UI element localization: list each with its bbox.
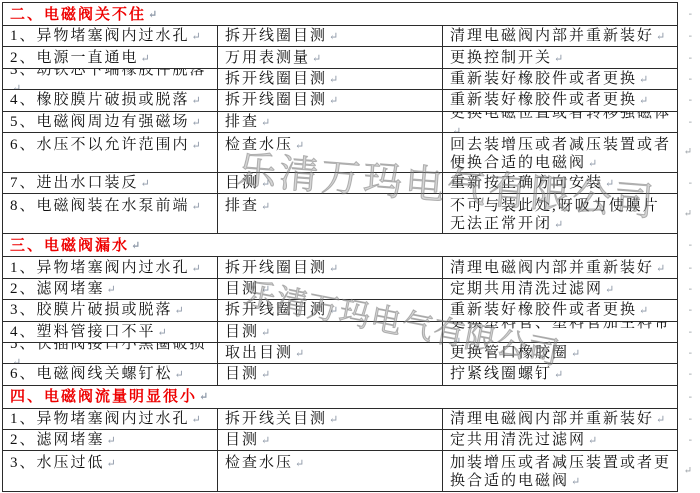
row-end-mark-icon: -	[689, 73, 692, 84]
table-row: 5、快插阀接口小黑圈破损↵取出目测↵更换管口橡胶圈↵-	[3, 343, 677, 364]
paragraph-mark-icon: ↵	[452, 336, 461, 342]
problem-cell: 3、动铁芯下端橡胶件脱落↵	[3, 69, 218, 89]
method-cell-text: 拆开线圈目测	[225, 28, 327, 44]
method-cell-text: 检查水压	[225, 137, 293, 153]
problem-cell-text-wrap: 3、水压过低↵	[10, 454, 116, 473]
row-end-mark-icon: -	[689, 369, 692, 380]
solution-cell-text-wrap: 更换塑料管、塑料管加生料带↵	[450, 322, 673, 342]
row-end-mark-icon: -	[689, 52, 692, 63]
paragraph-mark-icon: ↵	[107, 435, 116, 447]
method-cell: 拆开线圈目测↵	[218, 90, 443, 110]
problem-cell-text: 5、快插阀接口小黑圈破损	[10, 343, 207, 352]
paragraph-mark-icon: ↵	[295, 140, 304, 152]
problem-cell-text: 5、电磁阀周边有强磁场	[10, 114, 190, 130]
paragraph-mark-icon: ↵	[12, 83, 21, 89]
row-end-mark-icon: -	[689, 435, 692, 446]
row-end-mark-icon: -	[689, 116, 692, 127]
problem-cell-text-wrap: 3、动铁芯下端橡胶件脱落↵	[10, 69, 213, 89]
problem-cell: 3、胶膜片破损或脱落↵	[3, 300, 218, 320]
solution-cell-text: 拧紧线圈螺钉	[450, 366, 552, 382]
section-title: 二、电磁阀关不住	[10, 6, 146, 24]
method-cell-text: 拆开线圈目测	[225, 92, 327, 108]
table-row: 7、进出水口装反↵目测↵重新按正确方向安装↵-	[3, 173, 677, 194]
solution-cell: 不可与装此处,呀吸力使膜片无法正常开闭↵	[443, 194, 677, 233]
method-cell: 检查水压↵	[218, 451, 443, 491]
paragraph-mark-icon: ↵	[639, 74, 648, 86]
problem-cell: 2、滤网堵塞↵	[3, 430, 218, 450]
paragraph-mark-icon: ↵	[261, 369, 270, 381]
method-cell: 排查↵	[218, 194, 443, 233]
paragraph-mark-icon: ↵	[261, 435, 270, 447]
solution-cell-text-wrap: 拧紧线圈螺钉↵	[450, 365, 563, 384]
table-row: 2、滤网堵塞↵目测↵定共用清洗过滤网↵-	[3, 430, 677, 451]
solution-cell: 回去装增压或者减压装置或者便换合适的电磁阀↵	[443, 133, 677, 172]
document-page: 二、电磁阀关不住↵-1、异物堵塞阀内过水孔↵拆开线圈目测↵清理电磁阀内部并重新装…	[0, 0, 700, 493]
solution-cell-text-wrap: 更换电磁位置或者转移强磁体↵	[450, 112, 673, 132]
problem-cell-text: 8、电磁阀装在水泵前端	[10, 198, 190, 214]
paragraph-mark-icon: ↵	[554, 219, 563, 231]
section-header-row: 三、电磁阀漏水↵-	[3, 234, 677, 257]
problem-cell: 2、滤网堵塞↵	[3, 279, 218, 299]
table-row: 6、水压不以允许范围内↵检查水压↵回去装增压或者减压装置或者便换合适的电磁阀↵↵	[3, 133, 677, 173]
paragraph-mark-icon: ↵	[107, 284, 116, 296]
solution-cell-text-wrap: 定期共用清洗过滤网↵	[450, 280, 614, 299]
problem-cell: 1、异物堵塞阀内过水孔↵	[3, 26, 218, 46]
method-cell-text-wrap: 拆开线圈目测↵	[225, 91, 338, 110]
problem-cell-text: 1、异物堵塞阀内过水孔	[10, 28, 190, 44]
method-cell: 拆开线圈目测↵	[218, 300, 443, 320]
paragraph-mark-icon: ↵	[192, 414, 201, 426]
paragraph-mark-icon: ↵	[261, 201, 270, 213]
method-cell-text: 排查	[225, 198, 259, 214]
table-row: 2、电源一直通电↵万用表测量↵更换控制开关↵-	[3, 47, 677, 68]
method-cell: 排查↵	[218, 112, 443, 132]
method-cell-text-wrap: 万用表测量↵	[225, 49, 321, 68]
solution-cell-text: 更换电磁位置或者转移强磁体	[450, 112, 671, 121]
problem-cell-text-wrap: 5、快插阀接口小黑圈破损↵	[10, 343, 213, 363]
method-cell: 拆开线圈目测↵	[218, 26, 443, 46]
solution-cell: 重新装好橡胶件或者更换↵	[443, 90, 677, 110]
method-cell-text-wrap: 检查水压↵	[225, 454, 304, 473]
paragraph-mark-icon: ↵	[261, 178, 270, 190]
solution-cell-text-wrap: 清理电磁阀内部并重新装好↵	[450, 259, 665, 278]
row-end-mark-icon: -	[689, 95, 692, 106]
paragraph-mark-icon: ↵	[261, 284, 270, 296]
table-row: 3、水压过低↵检查水压↵加装增压或者减压装置或者更换合适的电磁阀↵↵	[3, 451, 677, 491]
paragraph-mark-icon: ↵	[141, 53, 150, 65]
problem-cell-text: 6、水压不以允许范围内	[10, 137, 190, 153]
problem-cell-text-wrap: 4、塑料管接口不平↵	[10, 323, 167, 342]
solution-cell: 重新装好橡胶件或者更换↵	[443, 69, 677, 89]
solution-cell-text-wrap: 重新装好橡胶件或者更换↵	[450, 70, 648, 89]
paragraph-mark-icon: ↵	[175, 305, 184, 317]
problem-cell-text-wrap: 4、橡胶膜片破损或脱落↵	[10, 91, 201, 110]
problem-cell: 5、电磁阀周边有强磁场↵	[3, 112, 218, 132]
paragraph-mark-icon: ↵	[329, 305, 338, 317]
method-cell: 目测↵	[218, 430, 443, 450]
method-cell: 取出目测↵	[218, 343, 443, 363]
paragraph-mark-icon: ↵	[192, 95, 201, 107]
method-cell-text: 目测	[225, 432, 259, 448]
paragraph-mark-icon: ↵	[656, 31, 665, 43]
paragraph-mark-icon: ↵	[452, 126, 461, 132]
method-cell-text-wrap: 取出目测↵	[225, 344, 304, 363]
solution-cell: 定期共用清洗过滤网↵	[443, 279, 677, 299]
solution-cell-text-wrap: 加装增压或者减压装置或者更换合适的电磁阀↵	[450, 454, 673, 491]
method-cell-text-wrap: 排查↵	[225, 113, 270, 132]
method-cell: 目测↵	[218, 364, 443, 384]
paragraph-mark-icon: ↵	[639, 95, 648, 107]
method-cell-text: 拆开线关目测	[225, 411, 327, 427]
method-cell-text-wrap: 目测↵	[225, 280, 270, 299]
problem-cell: 1、异物堵塞阀内过水孔↵	[3, 409, 218, 429]
method-cell-text: 目测	[225, 324, 259, 340]
paragraph-mark-icon: ↵	[12, 357, 21, 363]
problem-cell-text-wrap: 2、滤网堵塞↵	[10, 431, 116, 450]
section-title-cell: 三、电磁阀漏水↵	[3, 234, 677, 256]
problem-cell-text: 3、水压过低	[10, 455, 105, 471]
solution-cell-text: 更换塑料管、塑料管加生料带	[450, 322, 671, 331]
section-title: 三、电磁阀漏水	[10, 237, 129, 255]
solution-cell-text: 重新装好橡胶件或者更换	[450, 71, 637, 87]
solution-cell-text: 定共用清洗过滤网	[450, 432, 586, 448]
method-cell-text-wrap: 检查水压↵	[225, 136, 304, 155]
paragraph-mark-icon: ↵	[295, 348, 304, 360]
row-end-mark-icon: ↵	[684, 147, 692, 158]
solution-cell-text: 更换管口橡胶圈	[450, 345, 569, 361]
paragraph-mark-icon: ↵	[175, 369, 184, 381]
solution-cell: 加装增压或者减压装置或者更换合适的电磁阀↵	[443, 451, 677, 491]
paragraph-mark-icon: ↵	[141, 178, 150, 190]
method-cell: 拆开线关目测↵	[218, 409, 443, 429]
solution-cell-text: 加装增压或者减压装置或者更换合适的电磁阀	[450, 455, 671, 489]
solution-cell-text: 重新按正确方向安装	[450, 175, 603, 191]
method-cell-text: 取出目测	[225, 345, 293, 361]
row-end-mark-icon: ↵	[684, 466, 692, 477]
solution-cell-text-wrap: 更换控制开关↵	[450, 49, 563, 68]
paragraph-mark-icon: ↵	[329, 95, 338, 107]
solution-cell: 重新按正确方向安装↵	[443, 173, 677, 193]
paragraph-mark-icon: ↵	[656, 263, 665, 275]
table-row: 4、塑料管接口不平↵目测↵更换塑料管、塑料管加生料带↵-	[3, 322, 677, 343]
problem-cell: 4、橡胶膜片破损或脱落↵	[3, 90, 218, 110]
problem-cell: 1、异物堵塞阀内过水孔↵	[3, 257, 218, 277]
paragraph-mark-icon: ↵	[148, 6, 157, 24]
problem-cell: 8、电磁阀装在水泵前端↵	[3, 194, 218, 233]
solution-cell: 更换控制开关↵	[443, 47, 677, 67]
row-end-mark-icon: -	[689, 240, 692, 251]
paragraph-mark-icon: ↵	[158, 327, 167, 339]
method-cell-text-wrap: 拆开线圈目测↵	[225, 301, 338, 320]
solution-cell: 拧紧线圈螺钉↵	[443, 364, 677, 384]
method-cell: 目测↵	[218, 173, 443, 193]
row-end-mark-icon: ↵	[684, 208, 692, 219]
paragraph-mark-icon: ↵	[605, 178, 614, 190]
paragraph-mark-icon: ↵	[554, 369, 563, 381]
method-cell-text-wrap: 拆开线圈目测↵	[225, 259, 338, 278]
paragraph-mark-icon: ↵	[192, 201, 201, 213]
problem-cell-text: 1、异物堵塞阀内过水孔	[10, 411, 190, 427]
problem-cell-text-wrap: 2、滤网堵塞↵	[10, 280, 116, 299]
problem-cell: 5、快插阀接口小黑圈破损↵	[3, 343, 218, 363]
paragraph-mark-icon: ↵	[329, 414, 338, 426]
solution-cell-text: 清理电磁阀内部并重新装好	[450, 411, 654, 427]
solution-cell: 更换管口橡胶圈↵	[443, 343, 677, 363]
solution-cell-text-wrap: 重新装好橡胶件或者更换↵	[450, 301, 648, 320]
solution-cell: 清理电磁阀内部并重新装好↵	[443, 26, 677, 46]
paragraph-mark-icon: ↵	[554, 53, 563, 65]
section-title-cell: 四、电磁阀流量明显很小↵	[3, 386, 677, 408]
solution-cell-text-wrap: 重新按正确方向安装↵	[450, 174, 614, 193]
solution-cell: 更换电磁位置或者转移强磁体↵	[443, 112, 677, 132]
problem-cell-text: 3、动铁芯下端橡胶件脱落	[10, 69, 207, 78]
solution-cell: 清理电磁阀内部并重新装好↵	[443, 257, 677, 277]
method-cell-text: 目测	[225, 366, 259, 382]
paragraph-mark-icon: ↵	[656, 414, 665, 426]
problem-cell-text-wrap: 3、胶膜片破损或脱落↵	[10, 301, 184, 320]
method-cell: 拆开线圈目测↵	[218, 257, 443, 277]
paragraph-mark-icon: ↵	[312, 53, 321, 65]
paragraph-mark-icon: ↵	[588, 158, 597, 170]
solution-cell-text-wrap: 回去装增压或者减压装置或者便换合适的电磁阀↵	[450, 136, 673, 172]
paragraph-mark-icon: ↵	[192, 263, 201, 275]
paragraph-mark-icon: ↵	[571, 476, 580, 488]
problem-cell-text-wrap: 2、电源一直通电↵	[10, 49, 150, 68]
problem-cell-text-wrap: 1、异物堵塞阀内过水孔↵	[10, 410, 201, 429]
problem-cell-text: 4、橡胶膜片破损或脱落	[10, 92, 190, 108]
problem-cell-text: 6、电磁阀线关螺钉松	[10, 366, 173, 382]
method-cell-text: 拆开线圈目测	[225, 302, 327, 318]
paragraph-mark-icon: ↵	[192, 140, 201, 152]
row-end-mark-icon: -	[689, 262, 692, 273]
solution-cell-text: 重新装好橡胶件或者更换	[450, 92, 637, 108]
row-end-mark-icon: -	[689, 9, 692, 20]
method-cell-text-wrap: 目测↵	[225, 323, 270, 342]
paragraph-mark-icon: ↵	[131, 237, 140, 255]
problem-cell-text: 2、电源一直通电	[10, 50, 139, 66]
method-cell-text-wrap: 排查↵	[225, 197, 270, 216]
paragraph-mark-icon: ↵	[295, 458, 304, 470]
paragraph-mark-icon: ↵	[192, 117, 201, 129]
solution-cell: 重新装好橡胶件或者更换↵	[443, 300, 677, 320]
method-cell-text-wrap: 目测↵	[225, 431, 270, 450]
method-cell-text: 排查	[225, 114, 259, 130]
problem-cell-text-wrap: 7、进出水口装反↵	[10, 174, 150, 193]
method-cell-text: 万用表测量	[225, 50, 310, 66]
solution-cell-text: 重新装好橡胶件或者更换	[450, 302, 637, 318]
problem-cell-text-wrap: 6、电磁阀线关螺钉松↵	[10, 365, 184, 384]
paragraph-mark-icon: ↵	[192, 31, 201, 43]
problem-cell: 6、水压不以允许范围内↵	[3, 133, 218, 172]
paragraph-mark-icon: ↵	[639, 305, 648, 317]
table-row: 2、滤网堵塞↵目测↵定期共用清洗过滤网↵-	[3, 279, 677, 300]
solution-cell-text-wrap: 更换管口橡胶圈↵	[450, 344, 580, 363]
problem-cell: 4、塑料管接口不平↵	[3, 322, 218, 342]
section-title-cell: 二、电磁阀关不住↵	[3, 3, 677, 25]
table-row: 3、动铁芯下端橡胶件脱落↵拆开线圈目测↵重新装好橡胶件或者更换↵-	[3, 69, 677, 90]
problem-cell-text-wrap: 1、异物堵塞阀内过水孔↵	[10, 27, 201, 46]
problem-cell-text: 2、滤网堵塞	[10, 432, 105, 448]
method-cell-text: 拆开线圈目测	[225, 71, 327, 87]
paragraph-mark-icon: ↵	[107, 458, 116, 470]
solution-cell-text: 定期共用清洗过滤网	[450, 281, 603, 297]
problem-cell-text: 2、滤网堵塞	[10, 281, 105, 297]
table-row: 1、异物堵塞阀内过水孔↵拆开线关目测↵清理电磁阀内部并重新装好↵-	[3, 409, 677, 430]
solution-cell-text: 更换控制开关	[450, 50, 552, 66]
solution-cell-text-wrap: 重新装好橡胶件或者更换↵	[450, 91, 648, 110]
paragraph-mark-icon: ↵	[605, 284, 614, 296]
row-end-mark-icon: -	[689, 305, 692, 316]
table-row: 1、异物堵塞阀内过水孔↵拆开线圈目测↵清理电磁阀内部并重新装好↵-	[3, 26, 677, 47]
problem-cell-text-wrap: 8、电磁阀装在水泵前端↵	[10, 197, 201, 216]
method-cell: 目测↵	[218, 279, 443, 299]
paragraph-mark-icon: ↵	[571, 348, 580, 360]
paragraph-mark-icon: ↵	[329, 263, 338, 275]
method-cell-text-wrap: 拆开线圈目测↵	[225, 27, 338, 46]
paragraph-mark-icon: ↵	[588, 435, 597, 447]
row-end-mark-icon: -	[689, 413, 692, 424]
problem-cell: 7、进出水口装反↵	[3, 173, 218, 193]
troubleshooting-table: 二、电磁阀关不住↵-1、异物堵塞阀内过水孔↵拆开线圈目测↵清理电磁阀内部并重新装…	[2, 2, 678, 492]
row-end-mark-icon: -	[689, 283, 692, 294]
method-cell: 拆开线圈目测↵	[218, 69, 443, 89]
method-cell-text: 目测	[225, 175, 259, 191]
row-end-mark-icon: -	[689, 348, 692, 359]
method-cell-text: 目测	[225, 281, 259, 297]
problem-cell-text-wrap: 6、水压不以允许范围内↵	[10, 136, 201, 155]
table-row: 1、异物堵塞阀内过水孔↵拆开线圈目测↵清理电磁阀内部并重新装好↵-	[3, 257, 677, 278]
table-row: 6、电磁阀线关螺钉松↵目测↵拧紧线圈螺钉↵-	[3, 364, 677, 385]
method-cell: 目测↵	[218, 322, 443, 342]
section-header-row: 二、电磁阀关不住↵-	[3, 3, 677, 26]
method-cell-text-wrap: 拆开线关目测↵	[225, 410, 338, 429]
row-end-mark-icon: -	[689, 178, 692, 189]
paragraph-mark-icon: ↵	[261, 327, 270, 339]
solution-cell-text-wrap: 清理电磁阀内部并重新装好↵	[450, 410, 665, 429]
problem-cell-text: 1、异物堵塞阀内过水孔	[10, 260, 190, 276]
table-row: 4、橡胶膜片破损或脱落↵拆开线圈目测↵重新装好橡胶件或者更换↵-	[3, 90, 677, 111]
row-end-mark-icon: -	[689, 326, 692, 337]
paragraph-mark-icon: ↵	[261, 117, 270, 129]
method-cell-text-wrap: 拆开线圈目测↵	[225, 70, 338, 89]
solution-cell: 清理电磁阀内部并重新装好↵	[443, 409, 677, 429]
problem-cell-text-wrap: 5、电磁阀周边有强磁场↵	[10, 113, 201, 132]
row-end-mark-icon: -	[689, 31, 692, 42]
problem-cell: 6、电磁阀线关螺钉松↵	[3, 364, 218, 384]
problem-cell-text-wrap: 1、异物堵塞阀内过水孔↵	[10, 259, 201, 278]
problem-cell-text: 7、进出水口装反	[10, 175, 139, 191]
solution-cell-text-wrap: 清理电磁阀内部并重新装好↵	[450, 27, 665, 46]
paragraph-mark-icon: ↵	[329, 74, 338, 86]
method-cell-text-wrap: 目测↵	[225, 174, 270, 193]
method-cell: 检查水压↵	[218, 133, 443, 172]
row-end-mark-icon: -	[689, 391, 692, 402]
problem-cell: 2、电源一直通电↵	[3, 47, 218, 67]
solution-cell: 定共用清洗过滤网↵	[443, 430, 677, 450]
table-row: 5、电磁阀周边有强磁场↵排查↵更换电磁位置或者转移强磁体↵-	[3, 112, 677, 133]
solution-cell-text-wrap: 定共用清洗过滤网↵	[450, 431, 597, 450]
paragraph-mark-icon: ↵	[329, 31, 338, 43]
solution-cell-text: 回去装增压或者减压装置或者便换合适的电磁阀	[450, 137, 671, 171]
paragraph-mark-icon: ↵	[199, 388, 208, 406]
section-header-row: 四、电磁阀流量明显很小↵-	[3, 386, 677, 409]
solution-cell-text: 清理电磁阀内部并重新装好	[450, 260, 654, 276]
method-cell-text: 检查水压	[225, 455, 293, 471]
solution-cell: 更换塑料管、塑料管加生料带↵	[443, 322, 677, 342]
section-title: 四、电磁阀流量明显很小	[10, 388, 197, 406]
solution-cell-text-wrap: 不可与装此处,呀吸力使膜片无法正常开闭↵	[450, 197, 673, 233]
problem-cell-text: 4、塑料管接口不平	[10, 324, 156, 340]
problem-cell: 3、水压过低↵	[3, 451, 218, 491]
method-cell: 万用表测量↵	[218, 47, 443, 67]
method-cell-text-wrap: 目测↵	[225, 365, 270, 384]
table-row: 8、电磁阀装在水泵前端↵排查↵不可与装此处,呀吸力使膜片无法正常开闭↵↵	[3, 194, 677, 234]
problem-cell-text: 3、胶膜片破损或脱落	[10, 302, 173, 318]
solution-cell-text: 清理电磁阀内部并重新装好	[450, 28, 654, 44]
table-row: 3、胶膜片破损或脱落↵拆开线圈目测↵重新装好橡胶件或者更换↵-	[3, 300, 677, 321]
method-cell-text: 拆开线圈目测	[225, 260, 327, 276]
